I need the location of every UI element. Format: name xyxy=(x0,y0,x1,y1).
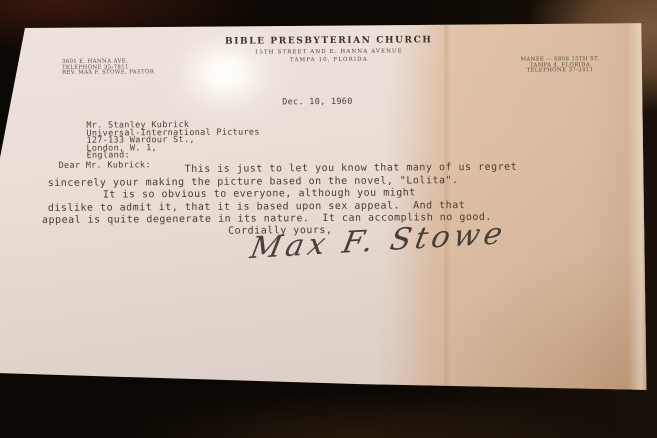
body-line: sincerely your making the picture based … xyxy=(48,175,459,189)
recipient-address: Mr. Stanley KubrickUniversal-Internation… xyxy=(86,121,260,160)
letterhead-city-line: TAMPA 10, FLORIDA xyxy=(164,55,494,63)
letter-photo: BIBLE PRESBYTERIAN CHURCH 15TH STREET AN… xyxy=(0,0,657,438)
letter-date: Dec. 10, 1960 xyxy=(282,97,353,107)
salutation: Dear Mr. Kubrick: xyxy=(59,160,151,171)
body-line: This is just to let you know that many o… xyxy=(185,162,518,175)
letterhead-manse-line: TELEPHONE 37-2411 xyxy=(526,68,593,74)
letterhead-pastor-line: REV. MAX F. STOWE, PASTOR xyxy=(62,70,154,77)
letterhead-manse-block: MANSE — 6808 15TH ST.TAMPA 4, FLORIDATEL… xyxy=(499,57,621,75)
letter-content: BIBLE PRESBYTERIAN CHURCH 15TH STREET AN… xyxy=(0,0,657,438)
letterhead-church-name: BIBLE PRESBYTERIAN CHURCH xyxy=(164,35,494,47)
body-line: dislike to admit it, that it is based up… xyxy=(48,200,465,214)
letterhead-office-block: 3601 E. HANNA AVE.TELEPHONE 35-7811REV. … xyxy=(62,59,154,77)
body-line: It is so obvious to everyone, although y… xyxy=(103,187,416,200)
